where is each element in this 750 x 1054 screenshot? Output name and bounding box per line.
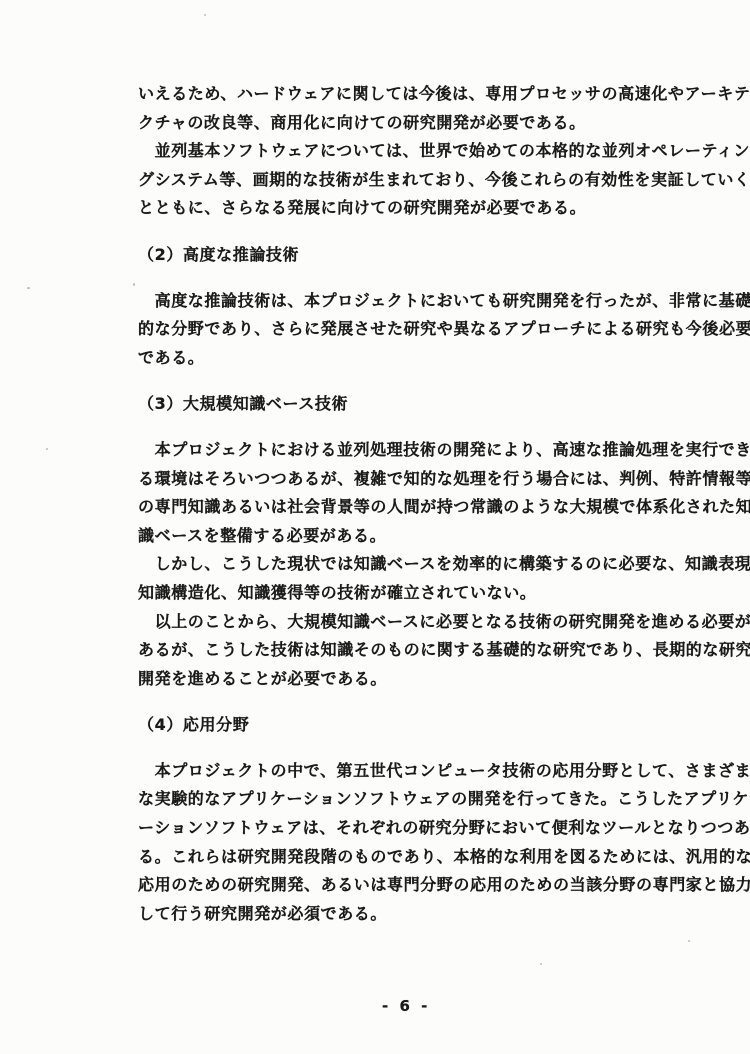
text-line: である。 [138, 344, 740, 373]
text-line: 高度な推論技術は、本プロジェクトにおいても研究開発を行ったが、非常に基礎 [138, 287, 740, 316]
paragraph-block: 高度な推論技術は、本プロジェクトにおいても研究開発を行ったが、非常に基礎的な分野… [138, 287, 740, 373]
text-line: ーションソフトウェアは、それぞれの研究分野において便利なツールとなりつつあ [138, 814, 740, 843]
section-heading: （2）高度な推論技術 [138, 241, 740, 270]
text-line: 識ベースを整備する必要がある。 [138, 522, 740, 551]
scan-noise-speck [688, 940, 690, 942]
section-heading-text: （3）大規模知識ベース技術 [138, 390, 740, 419]
text-line: の専門知識あるいは社会背景等の人間が持つ常識のような大規模で体系化された知 [138, 493, 740, 522]
text-line: 本プロジェクトの中で、第五世代コンピュータ技術の応用分野として、さまざま [138, 757, 740, 786]
text-line: しかし、こうした現状では知識ベースを効率的に構築するのに必要な、知識表現、 [138, 550, 740, 579]
text-line: グシステム等、画期的な技術が生まれており、今後これらの有効性を実証していく [138, 166, 740, 195]
section-heading: （4）応用分野 [138, 711, 740, 740]
text-line: 並列基本ソフトウェアについては、世界で始めての本格的な並列オペレーティン [138, 137, 740, 166]
text-line: クチャの改良等、商用化に向けての研究開発が必要である。 [138, 109, 740, 138]
scan-noise-speck [46, 448, 48, 450]
text-line: 知識構造化、知識獲得等の技術が確立されていない。 [138, 579, 740, 608]
section-heading: （3）大規模知識ベース技術 [138, 390, 740, 419]
text-line: な実験的なアプリケーションソフトウェアの開発を行ってきた。こうしたアプリケ [138, 785, 740, 814]
text-line: 応用のための研究開発、あるいは専門分野の応用のための当該分野の専門家と協力 [138, 871, 740, 900]
scan-noise-speck [371, 595, 373, 597]
section-heading-text: （2）高度な推論技術 [138, 241, 740, 270]
paragraph-block: 本プロジェクトの中で、第五世代コンピュータ技術の応用分野として、さまざまな実験的… [138, 757, 740, 929]
text-line: る。これらは研究開発段階のものであり、本格的な利用を図るためには、汎用的な [138, 843, 740, 872]
text-line: る環境はそろいつつあるが、複雑で知的な処理を行う場合には、判例、特許情報等 [138, 465, 740, 494]
text-line: 本プロジェクトにおける並列処理技術の開発により、高速な推論処理を実行でき [138, 436, 740, 465]
text-line: 的な分野であり、さらに発展させた研究や異なるアプローチによる研究も今後必要 [138, 315, 740, 344]
text-line: して行う研究開発が必須である。 [138, 900, 740, 929]
text-line: いえるため、ハードウェアに関しては今後は、専用プロセッサの高速化やアーキテ [138, 80, 740, 109]
scan-noise-speck [27, 287, 30, 289]
scan-noise-speck [133, 283, 135, 286]
paragraph-block: 本プロジェクトにおける並列処理技術の開発により、高速な推論処理を実行できる環境は… [138, 436, 740, 693]
text-line: 開発を進めることが必要である。 [138, 665, 740, 694]
scan-noise-speck [204, 14, 206, 16]
section-heading-text: （4）応用分野 [138, 711, 740, 740]
document-content: いえるため、ハードウェアに関しては今後は、専用プロセッサの高速化やアーキテクチャ… [138, 80, 740, 928]
scan-noise-speck [540, 963, 542, 965]
text-line: 以上のことから、大規模知識ベースに必要となる技術の研究開発を進める必要が [138, 608, 740, 637]
scanned-document-page: いえるため、ハードウェアに関しては今後は、専用プロセッサの高速化やアーキテクチャ… [0, 0, 750, 1054]
text-line: あるが、こうした技術は知識そのものに関する基礎的な研究であり、長期的な研究 [138, 636, 740, 665]
text-line: とともに、さらなる発展に向けての研究開発が必要である。 [138, 194, 740, 223]
page-number: - 6 - [382, 997, 430, 1015]
paragraph-block: いえるため、ハードウェアに関しては今後は、専用プロセッサの高速化やアーキテクチャ… [138, 80, 740, 223]
